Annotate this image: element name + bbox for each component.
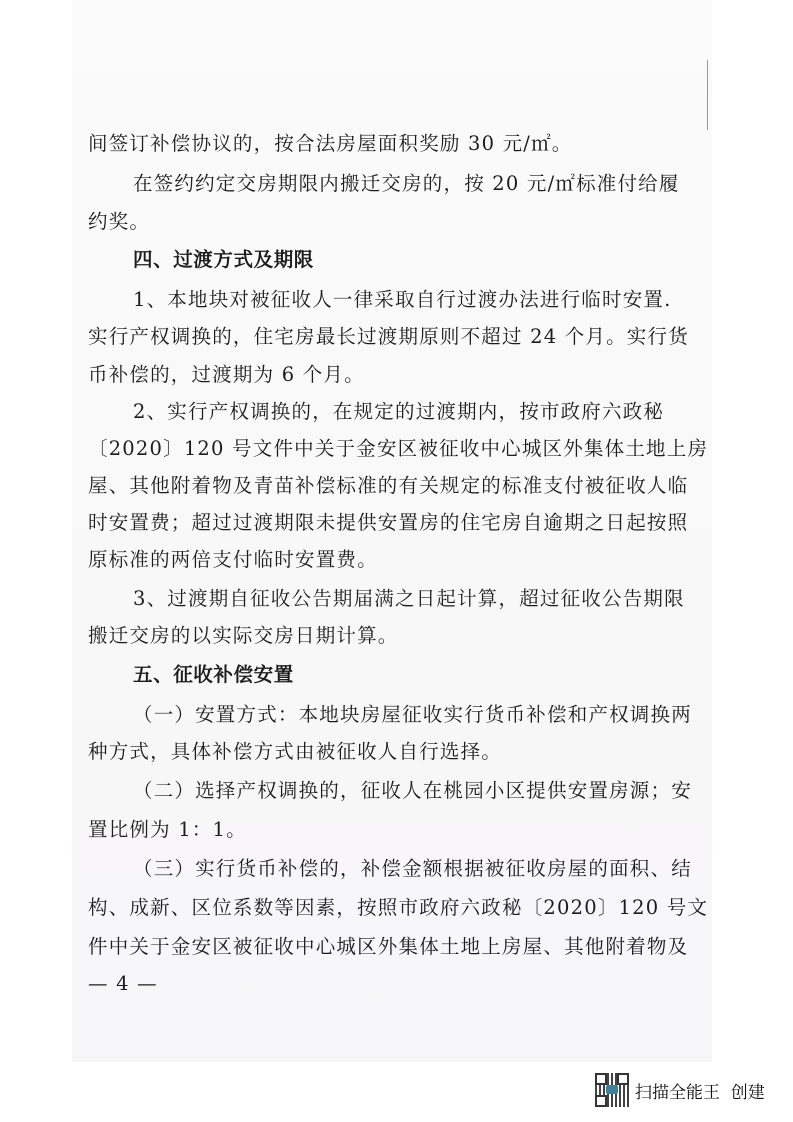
- text-line: 原标准的两倍支付临时安置费。: [88, 548, 378, 572]
- text-line: 约奖。: [88, 210, 150, 234]
- qr-code-icon: [595, 1073, 629, 1107]
- text-line: 2、实行产权调换的，在规定的过渡期内，按市政府六政秘: [133, 400, 664, 424]
- camscanner-watermark: 扫描全能王 创建: [595, 1072, 765, 1108]
- section-heading: 四、过渡方式及期限: [133, 248, 314, 272]
- text-line: 币补偿的，过渡期为 6 个月。: [88, 363, 365, 387]
- text-line: 置比例为 1：1。: [88, 818, 247, 842]
- text-line: 3、过渡期自征收公告期届满之日起计算，超过征收公告期限: [133, 587, 685, 611]
- text-line: （一）安置方式：本地块房屋征收实行货币补偿和产权调换两: [133, 703, 692, 727]
- text-line: 屋、其他附着物及青苗补偿标准的有关规定的标准支付被征收人临: [88, 474, 688, 498]
- section-heading: 五、征收补偿安置: [133, 663, 294, 687]
- text-line: 构、成新、区位系数等因素，按照市政府六政秘〔2020〕120 号文: [88, 896, 708, 920]
- page-number: — 4 —: [88, 972, 158, 996]
- text-line: 种方式，具体补偿方式由被征收人自行选择。: [88, 740, 502, 764]
- text-line: 实行产权调换的，住宅房最长过渡期原则不超过 24 个月。实行货: [88, 325, 689, 349]
- text-line: 间签订补偿协议的，按合法房屋面积奖励 30 元/㎡。: [88, 132, 572, 156]
- text-line: 时安置费；超过过渡期限未提供安置房的住宅房自逾期之日起按照: [88, 511, 688, 535]
- text-line: 在签约约定交房期限内搬迁交房的，按 20 元/㎡标准付给履: [133, 172, 680, 196]
- text-line: （三）实行货币补偿的，补偿金额根据被征收房屋的面积、结: [133, 857, 692, 881]
- text-line: （二）选择产权调换的，征收人在桃园小区提供安置房源；安: [133, 779, 692, 803]
- text-line: 件中关于金安区被征收中心城区外集体土地上房屋、其他附着物及: [88, 935, 688, 959]
- text-line: 搬迁交房的以实际交房日期计算。: [88, 624, 399, 648]
- watermark-text: 扫描全能王 创建: [635, 1078, 765, 1103]
- text-line: 〔2020〕120 号文件中关于金安区被征收中心城区外集体土地上房: [88, 437, 708, 461]
- text-line: 1、本地块对被征收人一律采取自行过渡办法进行临时安置.: [133, 288, 672, 312]
